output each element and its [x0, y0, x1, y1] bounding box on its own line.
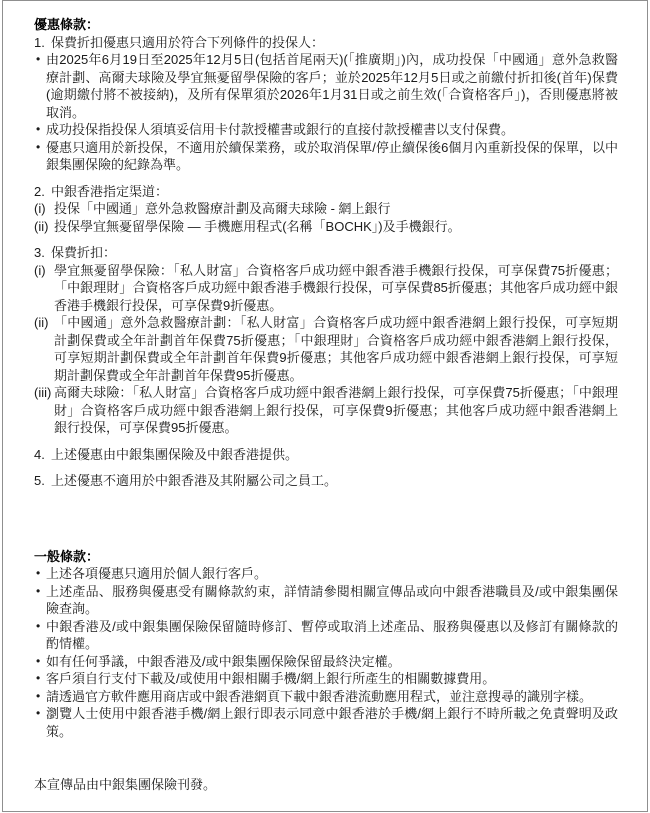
- bullet-icon: •: [36, 705, 40, 723]
- general-bullet-1-text: 上述各項優惠只適用於個人銀行客戶。: [46, 566, 267, 581]
- offer-item-1-bullet-1: • 由2025年6月19日至2025年12月5日(包括首尾兩天)(「推廣期」)內…: [34, 51, 618, 121]
- offer-item-2-marker: 2.: [34, 183, 45, 201]
- general-bullet-4: • 如有任何爭議，中銀香港及/或中銀集團保險保留最終決定權。: [34, 653, 618, 671]
- offer-item-1-text: 保費折扣優惠只適用於符合下列條件的投保人：: [51, 35, 324, 50]
- offer-item-2-sub-ii-text: 投保學宜無憂留學保險 — 手機應用程式(名稱「BOCHK」)及手機銀行。: [54, 219, 461, 234]
- offer-item-2-sub-ii: (ii) 投保學宜無憂留學保險 — 手機應用程式(名稱「BOCHK」)及手機銀行…: [34, 218, 618, 236]
- offer-item-3-sub-ii-text: 「中國通」意外急救醫療計劃：「私人財富」合資格客戶成功經中銀香港網上銀行投保，可…: [54, 315, 618, 383]
- offer-item-1-bullet-3: • 優惠只適用於新投保，不適用於續保業務，或於取消保單/停止續保後6個月內重新投…: [34, 139, 618, 174]
- offer-item-4-marker: 4.: [34, 446, 45, 464]
- offer-item-4: 4. 上述優惠由中銀集團保險及中銀香港提供。: [34, 446, 618, 464]
- offer-item-2: 2. 中銀香港指定渠道：: [34, 183, 618, 201]
- general-bullet-6-text: 請透過官方軟件應用商店或中銀香港網頁下載中銀香港流動應用程式，並注意搜尋的識別字…: [46, 689, 592, 704]
- offer-item-3-sub-iii-marker: (iii): [34, 384, 51, 402]
- bullet-icon: •: [36, 139, 40, 157]
- bullet-icon: •: [36, 565, 40, 583]
- offer-item-5: 5. 上述優惠不適用於中銀香港及其附屬公司之員工。: [34, 472, 618, 490]
- offer-terms-heading: 優惠條款：: [34, 16, 618, 34]
- offer-item-4-text: 上述優惠由中銀集團保險及中銀香港提供。: [51, 447, 298, 462]
- offer-item-1-bullet-2: • 成功投保指投保人須填妥信用卡付款授權書或銀行的直接付款授權書以支付保費。: [34, 121, 618, 139]
- general-bullet-6: • 請透過官方軟件應用商店或中銀香港網頁下載中銀香港流動應用程式，並注意搜尋的識…: [34, 688, 618, 706]
- offer-item-2-text: 中銀香港指定渠道：: [51, 184, 168, 199]
- offer-item-2-sub-i-marker: (i): [34, 200, 46, 218]
- bullet-icon: •: [36, 121, 40, 139]
- offer-item-3-text: 保費折扣：: [51, 245, 116, 260]
- bullet-icon: •: [36, 688, 40, 706]
- general-bullet-1: • 上述各項優惠只適用於個人銀行客戶。: [34, 565, 618, 583]
- offer-item-2-sub-i: (i) 投保「中國通」意外急救醫療計劃及高爾夫球險 - 網上銀行: [34, 200, 618, 218]
- offer-item-3-marker: 3.: [34, 244, 45, 262]
- offer-item-1: 1. 保費折扣優惠只適用於符合下列條件的投保人：: [34, 34, 618, 52]
- bullet-icon: •: [36, 653, 40, 671]
- terms-document: 優惠條款： 1. 保費折扣優惠只適用於符合下列條件的投保人： • 由2025年6…: [34, 16, 618, 794]
- offer-item-1-bullet-3-text: 優惠只適用於新投保，不適用於續保業務，或於取消保單/停止續保後6個月內重新投保的…: [46, 140, 618, 173]
- offer-item-2-sub-ii-marker: (ii): [34, 218, 48, 236]
- bullet-icon: •: [36, 618, 40, 636]
- offer-item-3-sub-ii-marker: (ii): [34, 314, 48, 332]
- general-bullet-2: • 上述產品、服務與優惠受有關條款約束，詳情請參閱相關宣傳品或向中銀香港職員及/…: [34, 583, 618, 618]
- general-terms-heading: 一般條款：: [34, 548, 618, 566]
- bullet-icon: •: [36, 670, 40, 688]
- general-bullet-7: • 瀏覽人士使用中銀香港手機/網上銀行即表示同意中銀香港於手機/網上銀行不時所載…: [34, 705, 618, 740]
- offer-item-3-sub-ii: (ii) 「中國通」意外急救醫療計劃：「私人財富」合資格客戶成功經中銀香港網上銀…: [34, 314, 618, 384]
- offer-item-5-marker: 5.: [34, 472, 45, 490]
- offer-item-3: 3. 保費折扣：: [34, 244, 618, 262]
- general-bullet-3: • 中銀香港及/或中銀集團保險保留隨時修訂、暫停或取消上述產品、服務與優惠以及修…: [34, 618, 618, 653]
- general-bullet-5-text: 客戶須自行支付下載及/或使用中銀相關手機/網上銀行所產生的相關數據費用。: [46, 671, 495, 686]
- document-page: 優惠條款： 1. 保費折扣優惠只適用於符合下列條件的投保人： • 由2025年6…: [2, 0, 648, 812]
- general-bullet-7-text: 瀏覽人士使用中銀香港手機/網上銀行即表示同意中銀香港於手機/網上銀行不時所載之免…: [46, 706, 618, 739]
- offer-item-3-sub-iii: (iii) 高爾夫球險：「私人財富」合資格客戶成功經中銀香港網上銀行投保，可享保…: [34, 384, 618, 437]
- offer-item-3-sub-i-text: 學宜無憂留學保險：「私人財富」合資格客戶成功經中銀香港手機銀行投保，可享保費75…: [54, 263, 618, 313]
- offer-item-3-sub-i: (i) 學宜無憂留學保險：「私人財富」合資格客戶成功經中銀香港手機銀行投保，可享…: [34, 262, 618, 315]
- offer-item-1-marker: 1.: [34, 34, 45, 52]
- offer-item-3-sub-iii-text: 高爾夫球險：「私人財富」合資格客戶成功經中銀香港網上銀行投保，可享保費75折優惠…: [54, 385, 618, 435]
- general-bullet-3-text: 中銀香港及/或中銀集團保險保留隨時修訂、暫停或取消上述產品、服務與優惠以及修訂有…: [46, 619, 618, 652]
- offer-item-1-bullet-2-text: 成功投保指投保人須填妥信用卡付款授權書或銀行的直接付款授權書以支付保費。: [46, 122, 514, 137]
- bullet-icon: •: [36, 583, 40, 601]
- general-bullet-4-text: 如有任何爭議，中銀香港及/或中銀集團保險保留最終決定權。: [46, 654, 401, 669]
- offer-item-5-text: 上述優惠不適用於中銀香港及其附屬公司之員工。: [51, 473, 337, 488]
- bullet-icon: •: [36, 51, 40, 69]
- offer-item-3-sub-i-marker: (i): [34, 262, 46, 280]
- offer-item-2-sub-i-text: 投保「中國通」意外急救醫療計劃及高爾夫球險 - 網上銀行: [54, 201, 391, 216]
- general-bullet-2-text: 上述產品、服務與優惠受有關條款約束，詳情請參閱相關宣傳品或向中銀香港職員及/或中…: [46, 584, 618, 617]
- publication-note: 本宣傳品由中銀集團保險刊發。: [34, 776, 618, 794]
- offer-item-1-bullet-1-text: 由2025年6月19日至2025年12月5日(包括首尾兩天)(「推廣期」)內，成…: [46, 52, 618, 120]
- general-bullet-5: • 客戶須自行支付下載及/或使用中銀相關手機/網上銀行所產生的相關數據費用。: [34, 670, 618, 688]
